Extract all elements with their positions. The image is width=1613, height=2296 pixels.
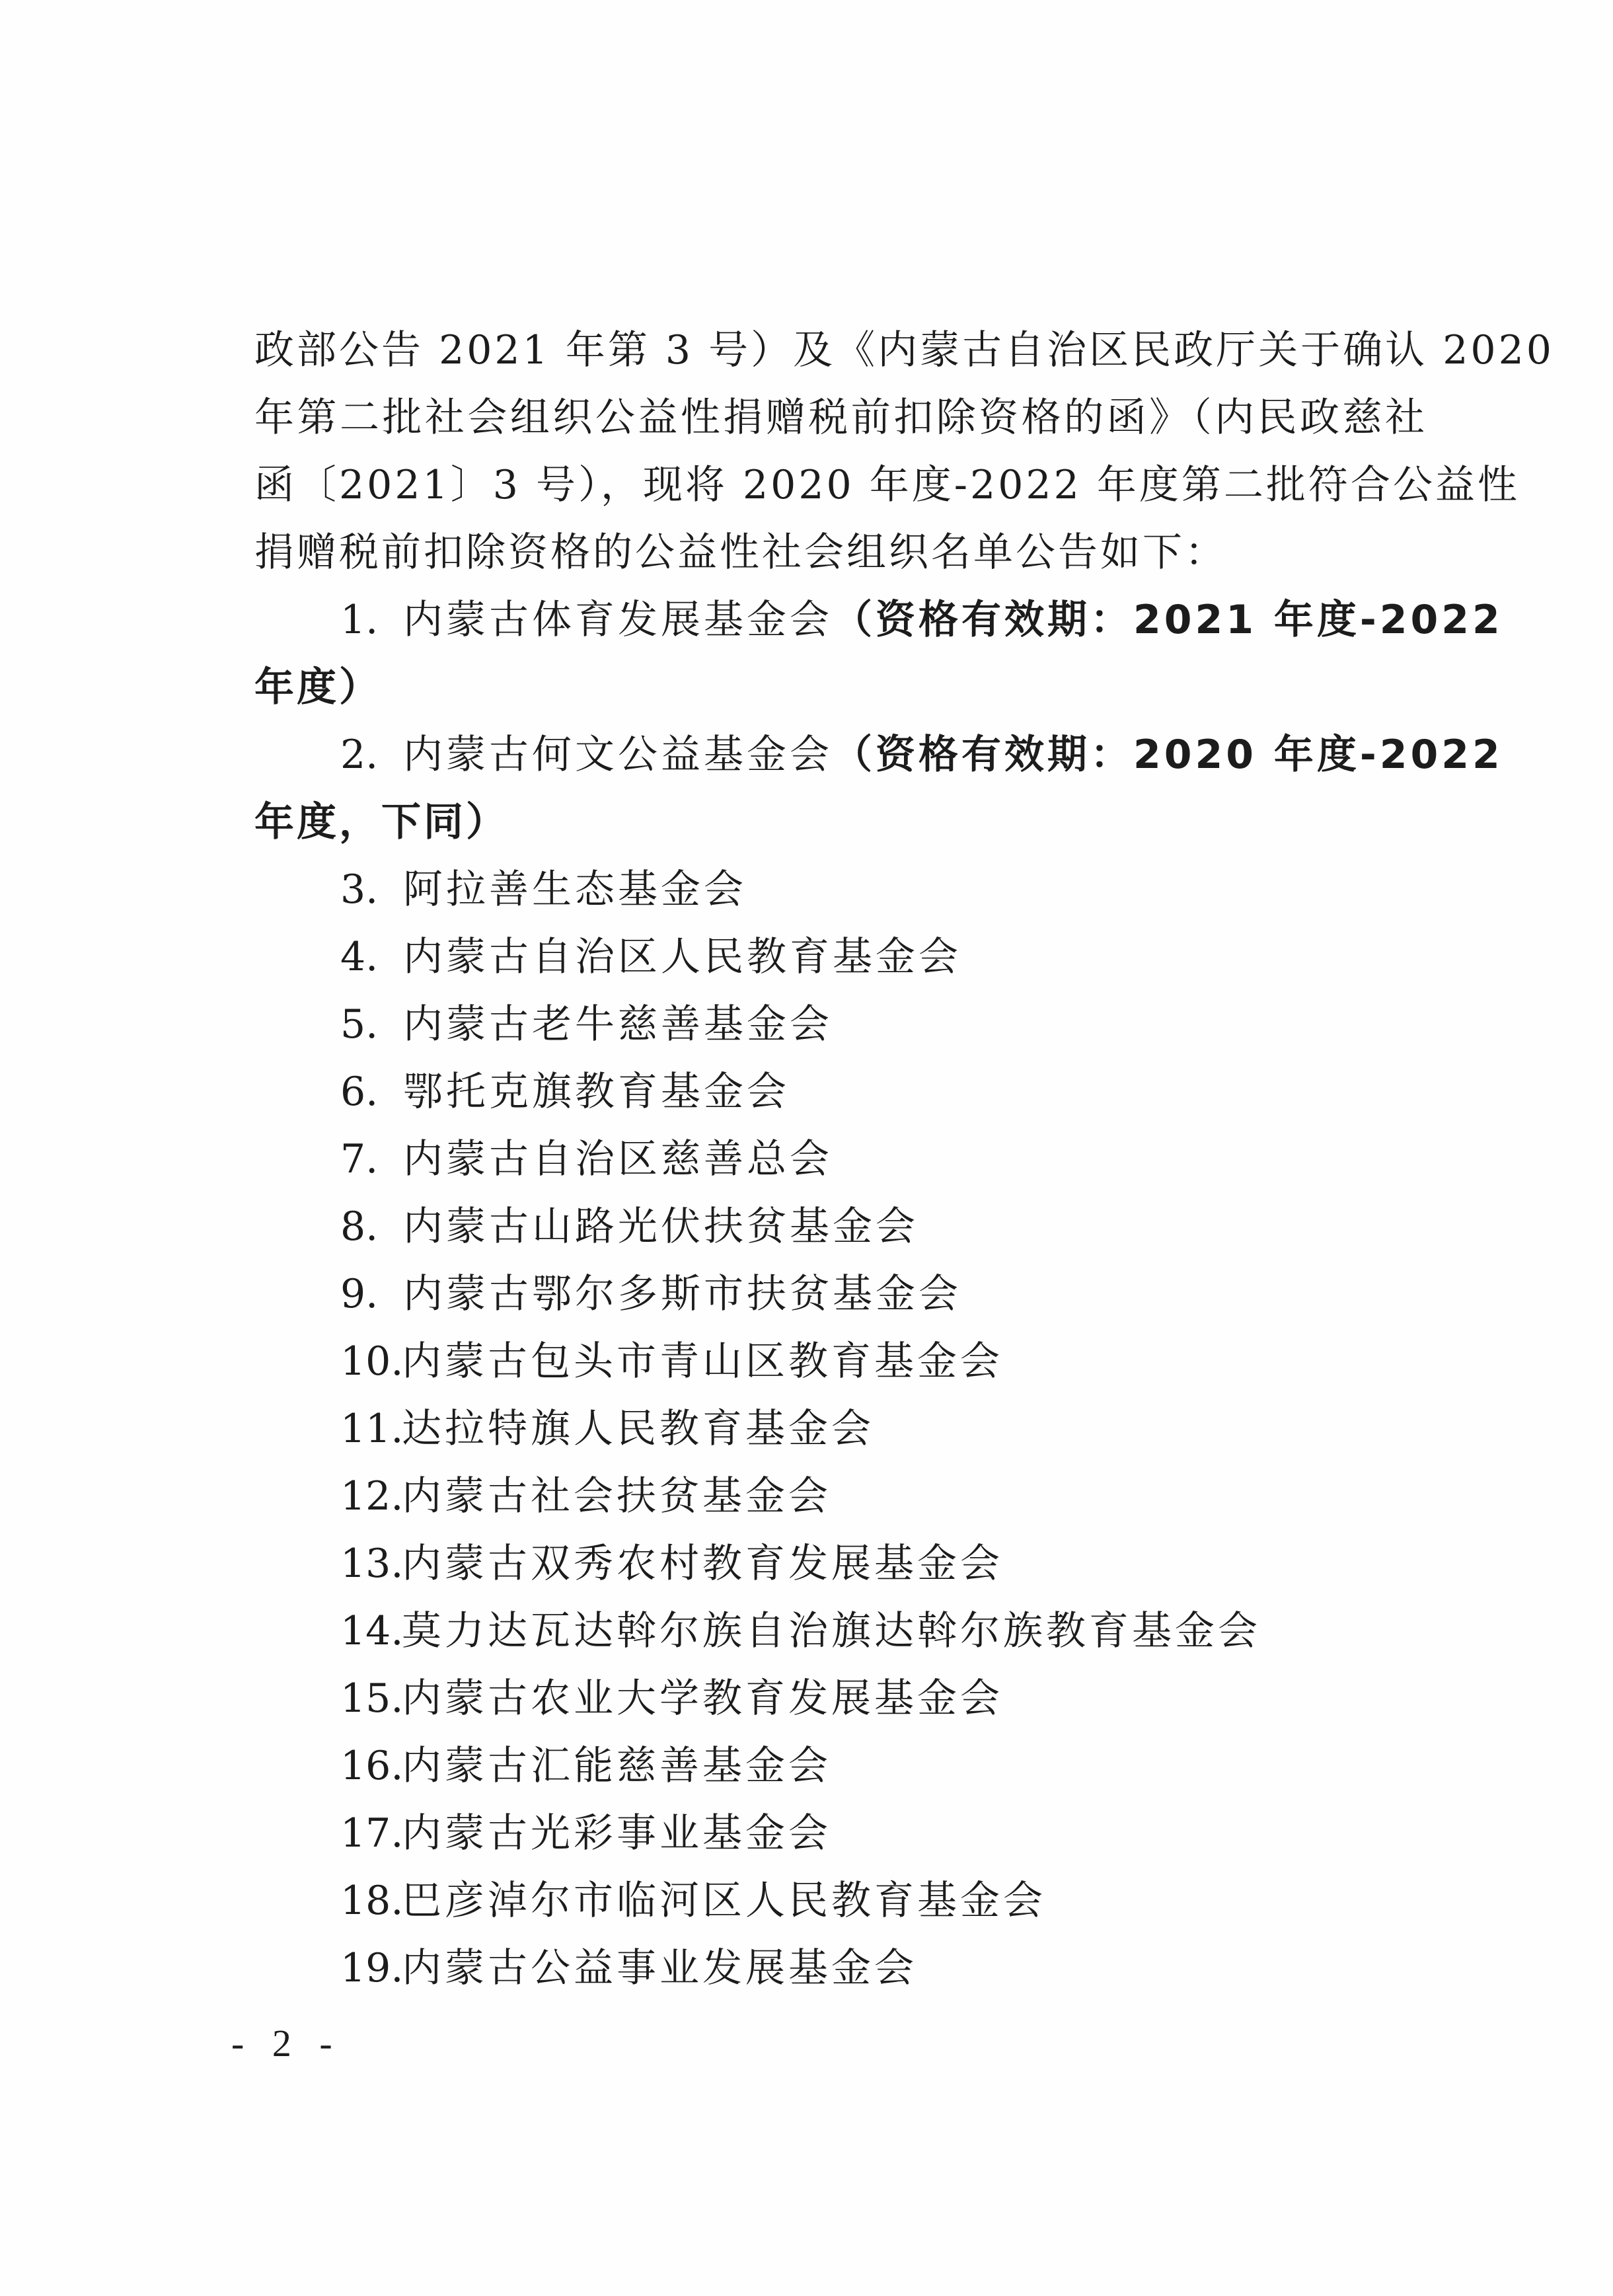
org-name: 内蒙古公益事业发展基金会 xyxy=(402,1945,917,1991)
item-number: 18. xyxy=(340,1867,402,1934)
item-number: 17. xyxy=(340,1800,402,1867)
item-number: 11. xyxy=(340,1395,402,1463)
list-item-12: 12.内蒙古社会扶贫基金会 xyxy=(340,1463,831,1530)
page-number: - 2 - xyxy=(231,2017,342,2070)
item-number: 3. xyxy=(340,856,403,923)
org-name: 阿拉善生态基金会 xyxy=(403,866,747,913)
item-number: 13. xyxy=(340,1530,402,1597)
item-number: 4. xyxy=(340,923,403,991)
org-name: 内蒙古山路光伏扶贫基金会 xyxy=(403,1204,919,1250)
list-item-1: 1.内蒙古体育发展基金会（资格有效期：2021 年度-2022 xyxy=(340,586,1427,654)
list-item-14: 14.莫力达瓦达斡尔族自治旗达斡尔族教育基金会 xyxy=(340,1597,1261,1665)
org-name: 内蒙古包头市青山区教育基金会 xyxy=(402,1338,1003,1385)
item-number: 5. xyxy=(340,991,403,1058)
list-item-8: 8.内蒙古山路光伏扶贫基金会 xyxy=(340,1193,919,1260)
item-number: 15. xyxy=(340,1665,402,1732)
list-item-11: 11.达拉特旗人民教育基金会 xyxy=(340,1395,874,1463)
list-item-9: 9.内蒙古鄂尔多斯市扶贫基金会 xyxy=(340,1260,961,1328)
org-name: 内蒙古自治区慈善总会 xyxy=(403,1136,833,1182)
item-number: 12. xyxy=(340,1463,402,1530)
list-item-2-continuation: 年度，下同） xyxy=(254,788,508,856)
org-name: 内蒙古光彩事业基金会 xyxy=(402,1810,831,1856)
list-item-13: 13.内蒙古双秀农村教育发展基金会 xyxy=(340,1530,1003,1597)
item-number: 16. xyxy=(340,1732,402,1800)
item-number: 2. xyxy=(340,721,403,788)
org-name: 内蒙古农业大学教育发展基金会 xyxy=(402,1675,1003,1722)
org-name: 内蒙古汇能慈善基金会 xyxy=(402,1743,831,1789)
list-item-7: 7.内蒙古自治区慈善总会 xyxy=(340,1126,833,1193)
document-page: 政部公告 2021 年第 3 号）及《内蒙古自治区民政厅关于确认 2020 年第… xyxy=(0,0,1613,2296)
list-item-10: 10.内蒙古包头市青山区教育基金会 xyxy=(340,1328,1003,1395)
org-name: 达拉特旗人民教育基金会 xyxy=(402,1406,874,1452)
item-number: 1. xyxy=(340,586,403,654)
list-item-18: 18.巴彦淖尔市临河区人民教育基金会 xyxy=(340,1867,1046,1934)
list-item-4: 4.内蒙古自治区人民教育基金会 xyxy=(340,923,961,991)
list-item-17: 17.内蒙古光彩事业基金会 xyxy=(340,1800,831,1867)
list-item-19: 19.内蒙古公益事业发展基金会 xyxy=(340,1934,917,2002)
org-name: 内蒙古老牛慈善基金会 xyxy=(403,1001,833,1048)
item-number: 10. xyxy=(340,1328,402,1395)
validity-period: （资格有效期：2021 年度-2022 xyxy=(833,597,1503,643)
item-number: 19. xyxy=(340,1934,402,2002)
item-number: 9. xyxy=(340,1260,403,1328)
intro-line-1: 政部公告 2021 年第 3 号）及《内蒙古自治区民政厅关于确认 2020 xyxy=(254,317,1427,384)
item-number: 8. xyxy=(340,1193,403,1260)
intro-line-3: 函〔2021〕3 号），现将 2020 年度-2022 年度第二批符合公益性 xyxy=(254,451,1427,519)
org-name: 内蒙古社会扶贫基金会 xyxy=(402,1473,831,1519)
list-item-3: 3.阿拉善生态基金会 xyxy=(340,856,747,923)
validity-period: （资格有效期：2020 年度-2022 xyxy=(833,732,1503,778)
item-number: 6. xyxy=(340,1058,403,1126)
item-number: 14. xyxy=(340,1597,402,1665)
list-item-1-continuation: 年度） xyxy=(254,654,381,721)
list-item-15: 15.内蒙古农业大学教育发展基金会 xyxy=(340,1665,1003,1732)
intro-line-4: 捐赠税前扣除资格的公益性社会组织名单公告如下： xyxy=(254,519,1227,586)
org-name: 内蒙古自治区人民教育基金会 xyxy=(403,934,961,980)
list-item-5: 5.内蒙古老牛慈善基金会 xyxy=(340,991,833,1058)
org-name: 巴彦淖尔市临河区人民教育基金会 xyxy=(402,1878,1046,1924)
org-name: 内蒙古双秀农村教育发展基金会 xyxy=(402,1541,1003,1587)
org-name: 内蒙古何文公益基金会 xyxy=(403,732,833,778)
org-name: 莫力达瓦达斡尔族自治旗达斡尔族教育基金会 xyxy=(402,1608,1261,1654)
intro-line-2: 年第二批社会组织公益性捐赠税前扣除资格的函》（内民政慈社 xyxy=(254,384,1427,451)
list-item-16: 16.内蒙古汇能慈善基金会 xyxy=(340,1732,831,1800)
org-name: 内蒙古体育发展基金会 xyxy=(403,597,833,643)
item-number: 7. xyxy=(340,1126,403,1193)
org-name: 鄂托克旗教育基金会 xyxy=(403,1069,790,1115)
list-item-2: 2.内蒙古何文公益基金会（资格有效期：2020 年度-2022 xyxy=(340,721,1427,788)
list-item-6: 6.鄂托克旗教育基金会 xyxy=(340,1058,790,1126)
org-name: 内蒙古鄂尔多斯市扶贫基金会 xyxy=(403,1271,961,1317)
